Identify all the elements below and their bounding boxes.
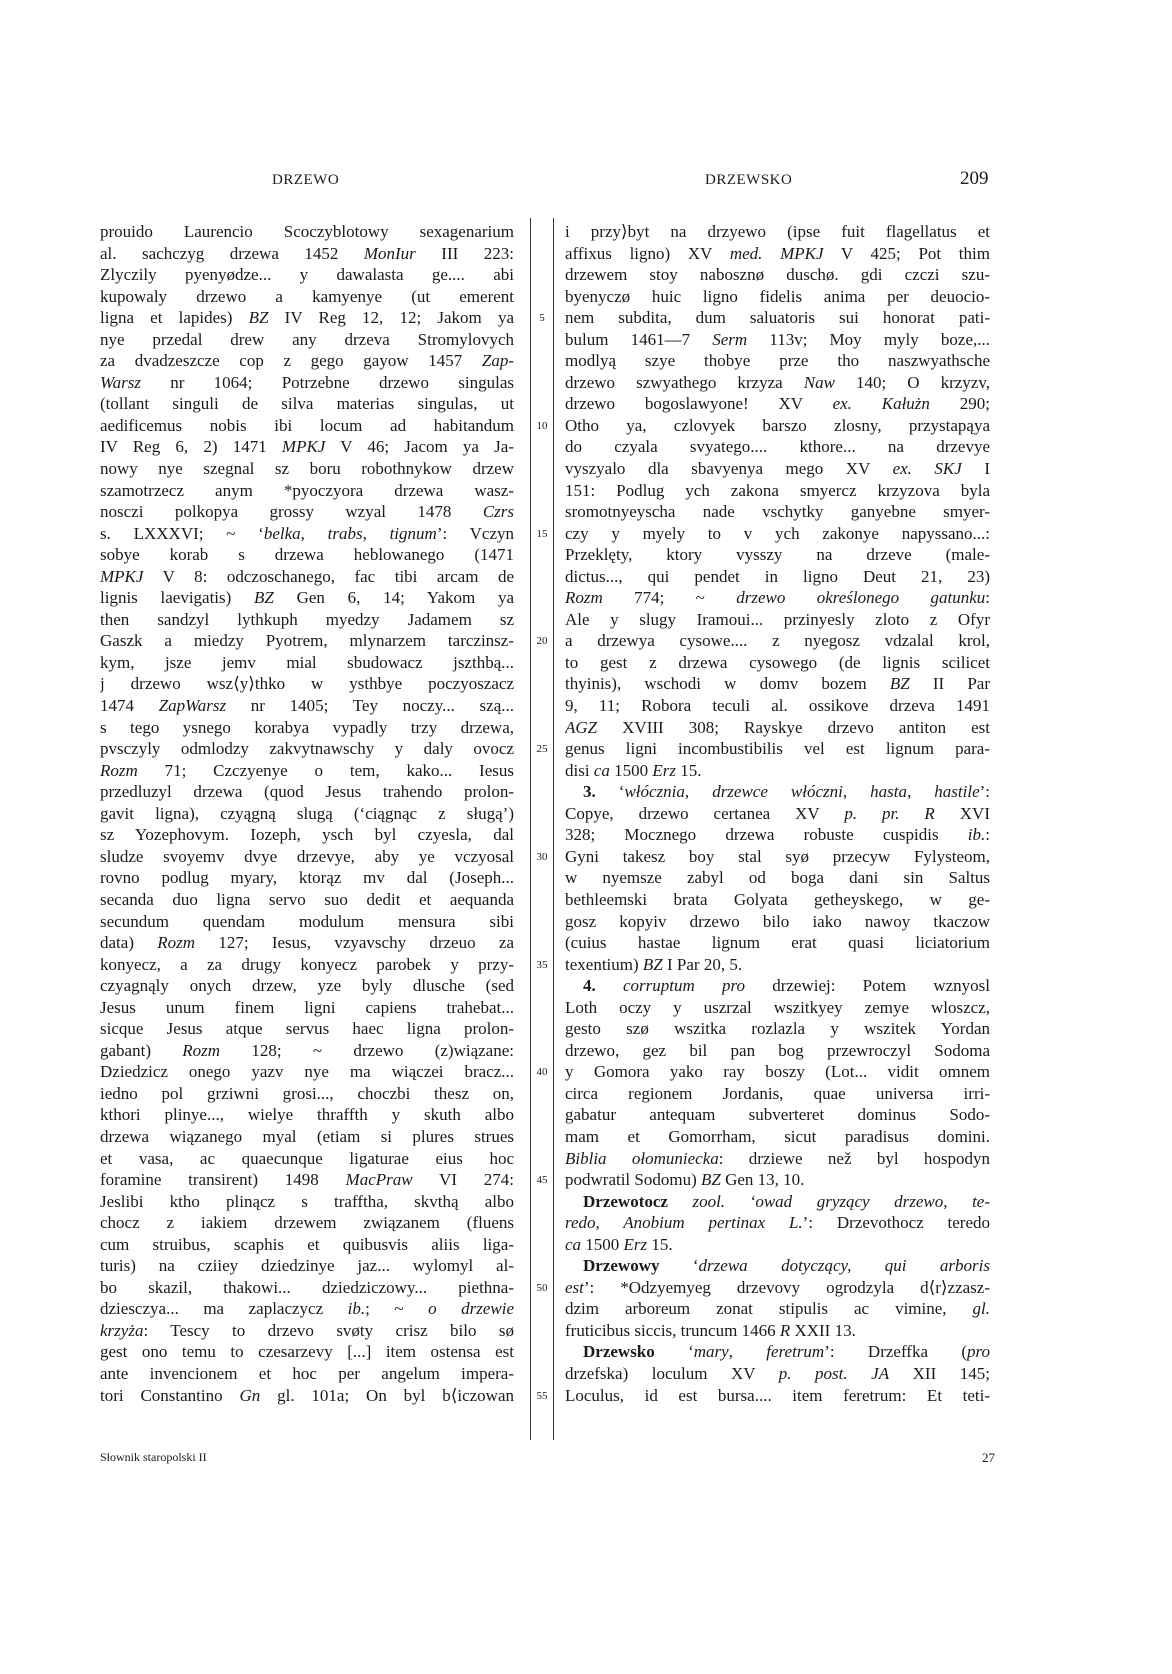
right_column-line: vyszyalo dla sbavyenya mego XV ex. SKJ I (565, 458, 990, 480)
right_column-line: Loth oczy y uszrzal wszitkyey zemye wlos… (565, 997, 990, 1019)
column-rule-right (553, 218, 554, 1440)
left_column-line: sobye korab s drzewa heblowanego (1471 (100, 544, 514, 566)
footer-signature: Słownik staropolski II (100, 1450, 207, 1465)
right_column-line: gesto szø wszitka rozlazla y wszitek Yor… (565, 1018, 990, 1040)
right_column-line: disi ca 1500 Erz 15. (565, 760, 990, 782)
left_column-line: Zlyczily pyenyødze... y dawalasta ge....… (100, 264, 514, 286)
left_column-line: nowy nye szegnal sz boru robothnykow drz… (100, 458, 514, 480)
left_column-line: kym, jsze jemv mial sbudowacz jszthbą... (100, 652, 514, 674)
left_column-line: Rozm 71; Czczyenye o tem, kako... Iesus (100, 760, 514, 782)
right_column-line: texentium) BZ I Par 20, 5. (565, 954, 990, 976)
left_column-line: foramine transirent) 1498 MacPraw VI 274… (100, 1169, 514, 1191)
right_column-line: gabatur antequam subverteret dominus Sod… (565, 1104, 990, 1126)
right_column-line: ca 1500 Erz 15. (565, 1234, 990, 1256)
left_column-line: dziesczya... ma zaplaczycz ib.; ~ o drze… (100, 1298, 514, 1320)
left_column-line: et vasa, ac quaecunque ligaturae eius ho… (100, 1148, 514, 1170)
right_column-line: 328; Mocznego drzewa robuste cuspidis ib… (565, 824, 990, 846)
left_column-line: gabant) Rozm 128; ~ drzewo (z)wiązane: (100, 1040, 514, 1062)
footer-sheet-number: 27 (982, 1450, 995, 1466)
left_column-line: turis) na cziiey dziedzinye jaz... wylom… (100, 1255, 514, 1277)
right_column-line: Przeklęty, ktory vysszy na drzeve (male- (565, 544, 990, 566)
left_column-line: Jesus unum finem ligni capiens trahebat.… (100, 997, 514, 1019)
left_column-line: chocz z iakiem drzewem związanem (fluens (100, 1212, 514, 1234)
left_column-line: cum struibus, scaphis et quibusvis aliis… (100, 1234, 514, 1256)
left_column-line: Gaszk a miedzy Pyotrem, mlynarzem tarczi… (100, 630, 514, 652)
right_column-line: drzefska) loculum XV p. post. JA XII 145… (565, 1363, 990, 1385)
right_column-line: i przy⟩byt na drzyewo (ipse fuit flagell… (565, 221, 990, 243)
right_column-line: circa regionem Jordanis, quae universa i… (565, 1083, 990, 1105)
right-column: i przy⟩byt na drzyewo (ipse fuit flagell… (565, 221, 990, 1406)
left_column-line: bo skazil, thakowi... dziedziczowy... pi… (100, 1277, 514, 1299)
right_column-line: podwratil Sodomu) BZ Gen 13, 10. (565, 1169, 990, 1191)
line-number: 25 (530, 743, 554, 755)
right_column-line: 9, 11; Robora teculi al. ossikove drzeva… (565, 695, 990, 717)
left_column-line: pvsczyly odmlodzy zakvytnawschy y daly o… (100, 738, 514, 760)
left_column-line: kthori plinye..., wielye thraffth y skut… (100, 1104, 514, 1126)
right_column-line: drzewo bogoslawyone! XV ex. Kałużn 290; (565, 393, 990, 415)
left_column-line: rovno podlug myary, ktorąz mv dal (Josep… (100, 867, 514, 889)
left_column-line: za dvadzeszcze cop z gego gayow 1457 Zap… (100, 350, 514, 372)
line-number: 45 (530, 1174, 554, 1186)
left_column-line: sludze svoyemv dvye drzevye, aby ye vczy… (100, 846, 514, 868)
right_column-line: to gest z drzewa cysowego (de lignis sci… (565, 652, 990, 674)
left_column-line: MPKJ V 8: odczoschanego, fac tibi arcam … (100, 566, 514, 588)
left_column-line: secanda duo ligna servo suo dedit et aeq… (100, 889, 514, 911)
line-number: 15 (530, 528, 554, 540)
right_column-line: (cuius hastae lignum erat quasi liciator… (565, 932, 990, 954)
left_column-line: gavit ligna), czyągną slugą (‘ciągnąc z … (100, 803, 514, 825)
right_column-line: genus ligni incombustibilis vel est lign… (565, 738, 990, 760)
right_column-line: thyinis), wschodi w domv bozem BZ II Par (565, 673, 990, 695)
right_column-line: drzewo, gez bil pan bog przewroczyl Sodo… (565, 1040, 990, 1062)
line-number: 50 (530, 1282, 554, 1294)
left_column-line: aedificemus nobis ibi locum ad habitandu… (100, 415, 514, 437)
right_column-line: Otho ya, czlovyek barszo zlosny, przysta… (565, 415, 990, 437)
left_column-line: Jeslibi ktho plinącz s trafftha, skvthą … (100, 1191, 514, 1213)
left_column-line: sz Yozephovym. Iozeph, ysch byl czyesla,… (100, 824, 514, 846)
right_column-line: Drzewowy ‘drzewa dotyczący, qui arboris (565, 1255, 990, 1277)
left_column-line: ante invencionem et hoc per angelum impe… (100, 1363, 514, 1385)
line-number: 5 (530, 312, 554, 324)
right_column-line: dictus..., qui pendet in ligno Deut 21, … (565, 566, 990, 588)
right_column-line: Loculus, id est bursa.... item feretrum:… (565, 1385, 990, 1407)
right_column-line: Drzewotocz zool. ‘owad gryzący drzewo, t… (565, 1191, 990, 1213)
left_column-line: 1474 ZapWarsz nr 1405; Tey noczy... szą.… (100, 695, 514, 717)
page-number: 209 (960, 168, 989, 190)
right_column-line: dzim arboreum zonat stipulis ac vimine, … (565, 1298, 990, 1320)
right_column-line: AGZ XVIII 308; Rayskye drzevo antiton es… (565, 717, 990, 739)
left_column-line: Dziedzicz onego yazv nye ma wiączei brac… (100, 1061, 514, 1083)
left_column-line: ligna et lapides) BZ IV Reg 12, 12; Jako… (100, 307, 514, 329)
right_column-line: est’: *Odzyemyeg drzevovy ogrodzyla d⟨r⟩… (565, 1277, 990, 1299)
right_column-line: sromotnyeyscha nade vschytky ganyebne sm… (565, 501, 990, 523)
right_column-line: bethleemski brata Golyata getheyskego, w… (565, 889, 990, 911)
left_column-line: czyagnąly onych drzew, yze byly dlusche … (100, 975, 514, 997)
right_column-line: gosz kopyiv drzewo bilo iako nawoy tkacz… (565, 911, 990, 933)
right_column-line: y Gomora yako ray boszy (Lot... vidit om… (565, 1061, 990, 1083)
left_column-line: sicque Jesus atque servus haec ligna pro… (100, 1018, 514, 1040)
right_column-line: bulum 1461—7 Serm 113v; Moy myly boze,..… (565, 329, 990, 351)
left_column-line: gest ono temu to czesarzevy [...] item o… (100, 1341, 514, 1363)
right_column-line: drzewo szwyathego krzyza Naw 140; O krzy… (565, 372, 990, 394)
right_column-line: byenyczø huic ligno fidelis anima per de… (565, 286, 990, 308)
left_column-line: szamotrzecz anym *pyoczyora drzewa wasz- (100, 480, 514, 502)
right_column-line: mam et Gomorrham, sicut paradisus domini… (565, 1126, 990, 1148)
left_column-line: iedno pol grziwni grosi..., choczbi thes… (100, 1083, 514, 1105)
left_column-line: (tollant singuli de silva materias singu… (100, 393, 514, 415)
right_column-line: Copye, drzewo certanea XV p. pr. R XVI (565, 803, 990, 825)
right_column-line: 3. ‘włócznia, drzewce włóczni, hasta, ha… (565, 781, 990, 803)
line-number: 30 (530, 851, 554, 863)
left_column-line: tori Constantino Gn gl. 101a; On byl b⟨i… (100, 1385, 514, 1407)
left_column-line: konyecz, a za drugy konyecz parobek y pr… (100, 954, 514, 976)
right_column-line: redo, Anobium pertinax L.’: Drzevothocz … (565, 1212, 990, 1234)
right_column-line: do czyala svyatego.... kthore... na drze… (565, 436, 990, 458)
left_column-line: nosczi polkopya grossy wzyal 1478 Czrs (100, 501, 514, 523)
left_column-line: krzyża: Tescy to drzevo svøty crisz bilo… (100, 1320, 514, 1342)
right_column-line: affixus ligno) XV med. MPKJ V 425; Pot t… (565, 243, 990, 265)
left_column-line: przedluzyl drzewa (quod Jesus trahendo p… (100, 781, 514, 803)
left_column-line: secundum quendam modulum mensura sibi (100, 911, 514, 933)
left_column-line: drzewa wiązanego myal (etiam si plures s… (100, 1126, 514, 1148)
right_column-line: a drzewya cysowe.... z nyegosz vdzalal k… (565, 630, 990, 652)
left_column-line: s. LXXXVI; ~ ‘belka, trabs, tignum’: Vcz… (100, 523, 514, 545)
right_column-line: 151: Podlug ych zakona smyercz krzyzova … (565, 480, 990, 502)
right_column-line: Biblia ołomuniecka: drziewe než byl hosp… (565, 1148, 990, 1170)
line-number: 40 (530, 1066, 554, 1078)
right_column-line: fruticibus siccis, truncum 1466 R XXII 1… (565, 1320, 990, 1342)
right_column-line: drzewem stoy nabosznø duschø. gdi czczi … (565, 264, 990, 286)
left-column: prouido Laurencio Scoczyblotowy sexagena… (100, 221, 514, 1406)
right_column-line: w nyemsze zabyl od boga dani sin Saltus (565, 867, 990, 889)
right_column-line: modlyą szye thobye prze tho naszwyathsch… (565, 350, 990, 372)
left_column-line: kupowaly drzewo a kamyenye (ut emerent (100, 286, 514, 308)
left_column-line: data) Rozm 127; Iesus, vzyavschy drzeuo … (100, 932, 514, 954)
left_column-line: s tego ysnego korabya vypadly trzy drzew… (100, 717, 514, 739)
running-head-right: DRZEWSKO (705, 172, 792, 189)
right_column-line: Gyni takesz boy stal syø przecyw Fylyste… (565, 846, 990, 868)
line-number: 35 (530, 959, 554, 971)
left_column-line: lignis laevigatis) BZ Gen 6, 14; Yakom y… (100, 587, 514, 609)
line-number: 55 (530, 1390, 554, 1402)
right_column-line: Rozm 774; ~ drzewo określonego gatunku: (565, 587, 990, 609)
right_column-line: 4. corruptum pro drzewiej: Potem wznyosl (565, 975, 990, 997)
left_column-line: j drzewo wsz⟨y⟩thko w ysthbye poczyoszac… (100, 673, 514, 695)
left_column-line: prouido Laurencio Scoczyblotowy sexagena… (100, 221, 514, 243)
left_column-line: Warsz nr 1064; Potrzebne drzewo singulas (100, 372, 514, 394)
left_column-line: al. sachczyg drzewa 1452 MonIur III 223: (100, 243, 514, 265)
right_column-line: nem subdita, dum saluatoris sui honorat … (565, 307, 990, 329)
column-rule-left (530, 218, 531, 1440)
left_column-line: then sandzyl lythkuph myedzy Jadamem sz (100, 609, 514, 631)
right_column-line: Drzewsko ‘mary, feretrum’: Drzeffka (pro (565, 1341, 990, 1363)
right_column-line: czy y myely to v ych zakonye napyssano..… (565, 523, 990, 545)
left_column-line: IV Reg 6, 2) 1471 MPKJ V 46; Jacom ya Ja… (100, 436, 514, 458)
line-number: 10 (530, 420, 554, 432)
line-number: 20 (530, 635, 554, 647)
right_column-line: Ale y slugy Iramoui... przinyesly zloto … (565, 609, 990, 631)
left_column-line: nye przedal drew any drzeva Stromylovych (100, 329, 514, 351)
running-head-left: DRZEWO (272, 172, 339, 189)
